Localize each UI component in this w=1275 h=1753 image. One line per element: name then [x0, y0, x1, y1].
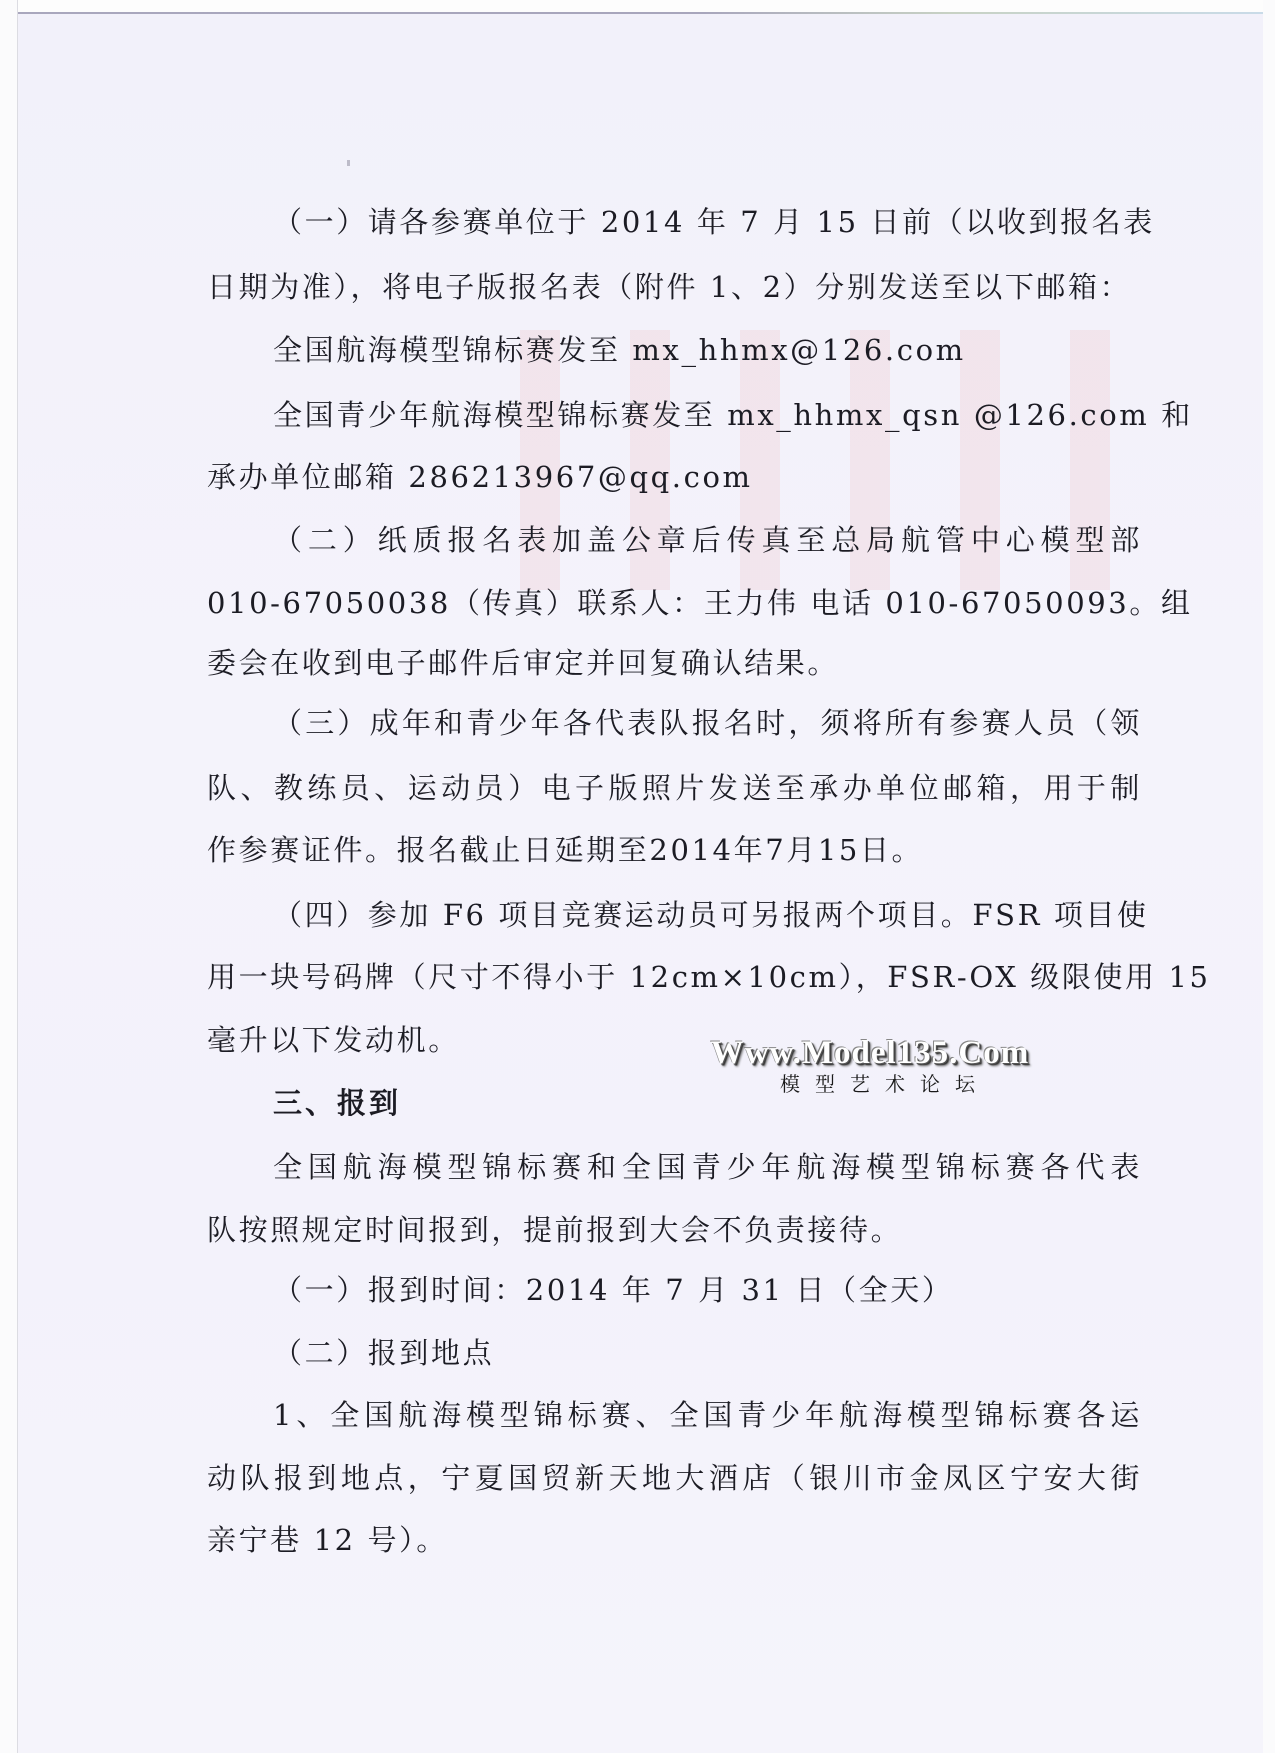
paragraph-line: （四）参加 F6 项目竞赛运动员可另报两个项目。FSR 项目使 — [273, 895, 1142, 935]
page-top-edge — [18, 12, 1263, 14]
paragraph-line: 队、教练员、运动员）电子版照片发送至承办单位邮箱，用于制 — [207, 768, 1142, 808]
scan-left-margin — [0, 0, 18, 1753]
contact-line: 010-67050038（传真）联系人：王力伟 电话 010-67050093。… — [207, 583, 1142, 623]
scan-speck — [347, 160, 350, 166]
email-line-youth: 全国青少年航海模型锦标赛发至 mx_hhmx_qsn @126.com 和 — [273, 395, 1142, 435]
site-watermark: Www.Model135.Com 模型艺术论坛 — [700, 1035, 1040, 1097]
paragraph-line: （一）请各参赛单位于 2014 年 7 月 15 日前（以收到报名表 — [273, 202, 1142, 242]
paragraph-line: 委会在收到电子邮件后审定并回复确认结果。 — [207, 643, 1142, 683]
watermark-url: Www.Model135.Com — [700, 1035, 1040, 1071]
paragraph-line: 日期为准），将电子版报名表（附件 1、2）分别发送至以下邮箱： — [207, 267, 1142, 307]
check-in-location-heading: （二）报到地点 — [273, 1333, 1142, 1373]
paragraph-line: 用一块号码牌（尺寸不得小于 12cm×10cm），FSR-OX 级限使用 15 — [207, 957, 1142, 997]
deadline-line: 作参赛证件。报名截止日延期至2014年7月15日。 — [207, 830, 1142, 870]
email-line-national: 全国航海模型锦标赛发至 mx_hhmx@126.com — [273, 330, 1142, 370]
scan-right-margin — [1263, 0, 1275, 1753]
paragraph-line: （二）纸质报名表加盖公章后传真至总局航管中心模型部 — [273, 520, 1142, 560]
paragraph-line: （三）成年和青少年各代表队报名时，须将所有参赛人员（领 — [273, 703, 1142, 743]
check-in-time: （一）报到时间：2014 年 7 月 31 日（全天） — [273, 1270, 1142, 1310]
watermark-subtitle: 模型艺术论坛 — [730, 1071, 1040, 1097]
address-line: 动队报到地点，宁夏国贸新天地大酒店（银川市金凤区宁安大街 — [207, 1458, 1142, 1498]
paragraph-line: 队按照规定时间报到，提前报到大会不负责接待。 — [207, 1210, 1142, 1250]
address-line: 亲宁巷 12 号）。 — [207, 1520, 1142, 1560]
email-line-organizer: 承办单位邮箱 286213967@qq.com — [207, 457, 1142, 497]
paragraph-line: 1、全国航海模型锦标赛、全国青少年航海模型锦标赛各运 — [273, 1395, 1142, 1435]
paragraph-line: 全国航海模型锦标赛和全国青少年航海模型锦标赛各代表 — [273, 1147, 1142, 1187]
